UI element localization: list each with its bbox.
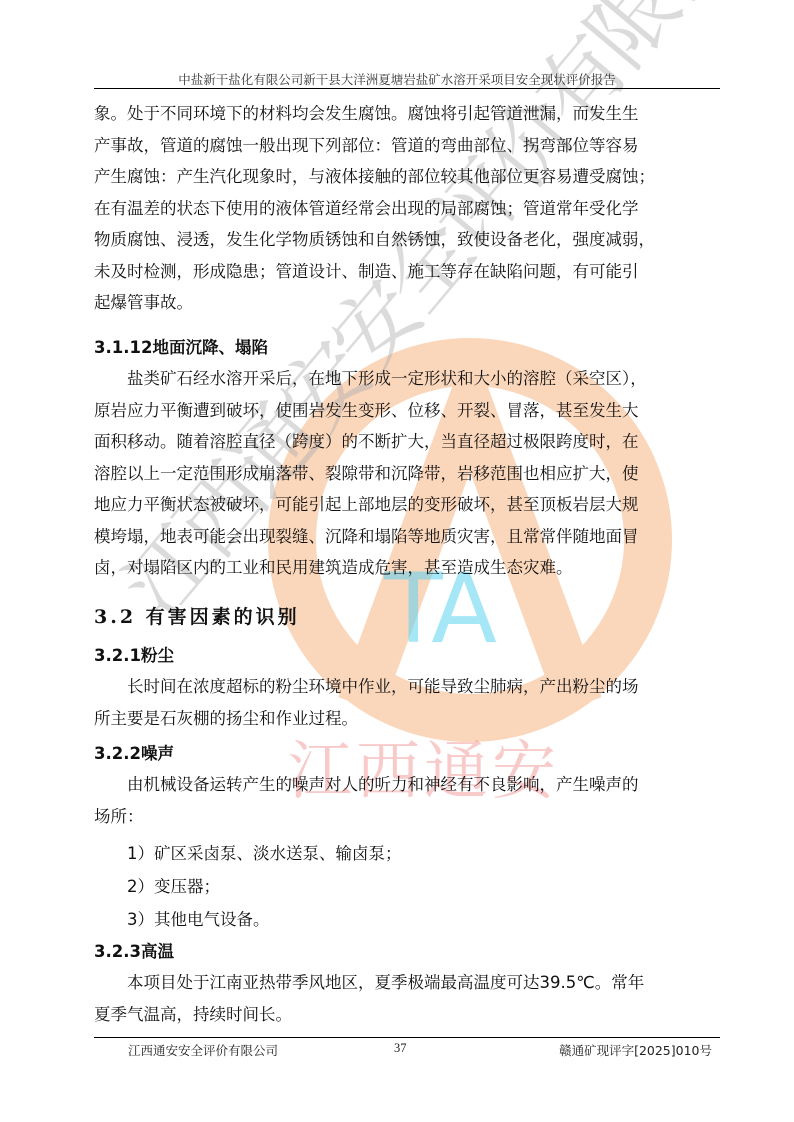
- paragraph-line: 场所：: [94, 801, 144, 833]
- section-heading-3-1-12: 3.1.12地面沉降、塌陷: [94, 332, 268, 364]
- paragraph-line: 面积移动。随着溶腔直径（跨度）的不断扩大，当直径超过极限跨度时，在: [94, 426, 639, 458]
- paragraph-line: 未及时检测，形成隐患；管道设计、制造、施工等存在缺陷问题，有可能引: [94, 256, 639, 288]
- paragraph-line: 象。处于不同环境下的材料均会发生腐蚀。腐蚀将引起管道泄漏，而发生生: [94, 98, 639, 130]
- paragraph-line: 由机械设备运转产生的噪声对人的听力和神经有不良影响，产生噪声的: [127, 769, 639, 801]
- paragraph-line: 模垮塌，地表可能会出现裂缝、沉降和塌陷等地质灾害，且常常伴随地面冒: [94, 521, 639, 553]
- header-divider: [94, 88, 720, 89]
- paragraph-line: 长时间在浓度超标的粉尘环境中作业，可能导致尘肺病，产出粉尘的场: [127, 671, 639, 703]
- paragraph-line: 产生腐蚀：产生汽化现象时，与液体接触的部位较其他部位更容易遭受腐蚀；: [94, 161, 655, 193]
- paragraph-line: 产事故，管道的腐蚀一般出现下列部位：管道的弯曲部位、拐弯部位等容易: [94, 130, 639, 162]
- paragraph-line: 本项目处于江南亚热带季风地区，夏季极端最高温度可达39.5℃。常年: [127, 967, 644, 999]
- paragraph-line: 盐类矿石经水溶开采后，在地下形成一定形状和大小的溶腔（采空区），: [127, 363, 647, 395]
- paragraph-line: 原岩应力平衡遭到破坏，使围岩发生变形、位移、开裂、冒落，甚至发生大: [94, 395, 639, 427]
- paragraph-line: 在有温差的状态下使用的液体管道经常会出现的局部腐蚀；管道常年受化学: [94, 193, 639, 225]
- paragraph-line: 所主要是石灰棚的扬尘和作业过程。: [94, 703, 358, 735]
- paragraph-line: 溶腔以上一定范围形成崩落带、裂隙带和沉降带，岩移范围也相应扩大，使: [94, 458, 639, 490]
- section-heading-3-2-2: 3.2.2噪声: [94, 738, 174, 770]
- list-item: 3）其他电气设备。: [127, 904, 270, 936]
- paragraph-line: 卤，对塌陷区内的工业和民用建筑造成危害，甚至造成生态灾难。: [94, 552, 573, 584]
- list-item: 1）矿区采卤泵、淡水送泵、输卤泵；: [127, 838, 402, 870]
- page-number: 37: [394, 1041, 407, 1056]
- paragraph-line: 夏季气温高，持续时间长。: [94, 999, 292, 1031]
- footer-doc-number: 赣通矿现评字[2025]010号: [559, 1041, 712, 1059]
- section-heading-3-2: 3.2 有害因素的识别: [94, 602, 300, 634]
- footer-company: 江西通安安全评价有限公司: [128, 1041, 278, 1059]
- section-heading-3-2-1: 3.2.1粉尘: [94, 640, 174, 672]
- page-header-title: 中盐新干盐化有限公司新干县大洋洲夏塘岩盐矿水溶开采项目安全现状评价报告: [94, 70, 700, 88]
- paragraph-line: 地应力平衡状态被破坏，可能引起上部地层的变形破坏，甚至顶板岩层大规: [94, 489, 639, 521]
- section-heading-3-2-3: 3.2.3高温: [94, 936, 174, 968]
- paragraph-line: 物质腐蚀、浸透，发生化学物质锈蚀和自然锈蚀，致使设备老化，强度减弱，: [94, 224, 655, 256]
- paragraph-line: 起爆管事故。: [94, 287, 193, 319]
- list-item: 2）变压器；: [127, 871, 220, 903]
- footer-divider: [94, 1037, 720, 1038]
- document-page: TA 江西通安 江西通安安全评价有限公司 中盐新干盐化有限公司新干县大洋洲夏塘岩…: [0, 0, 794, 1122]
